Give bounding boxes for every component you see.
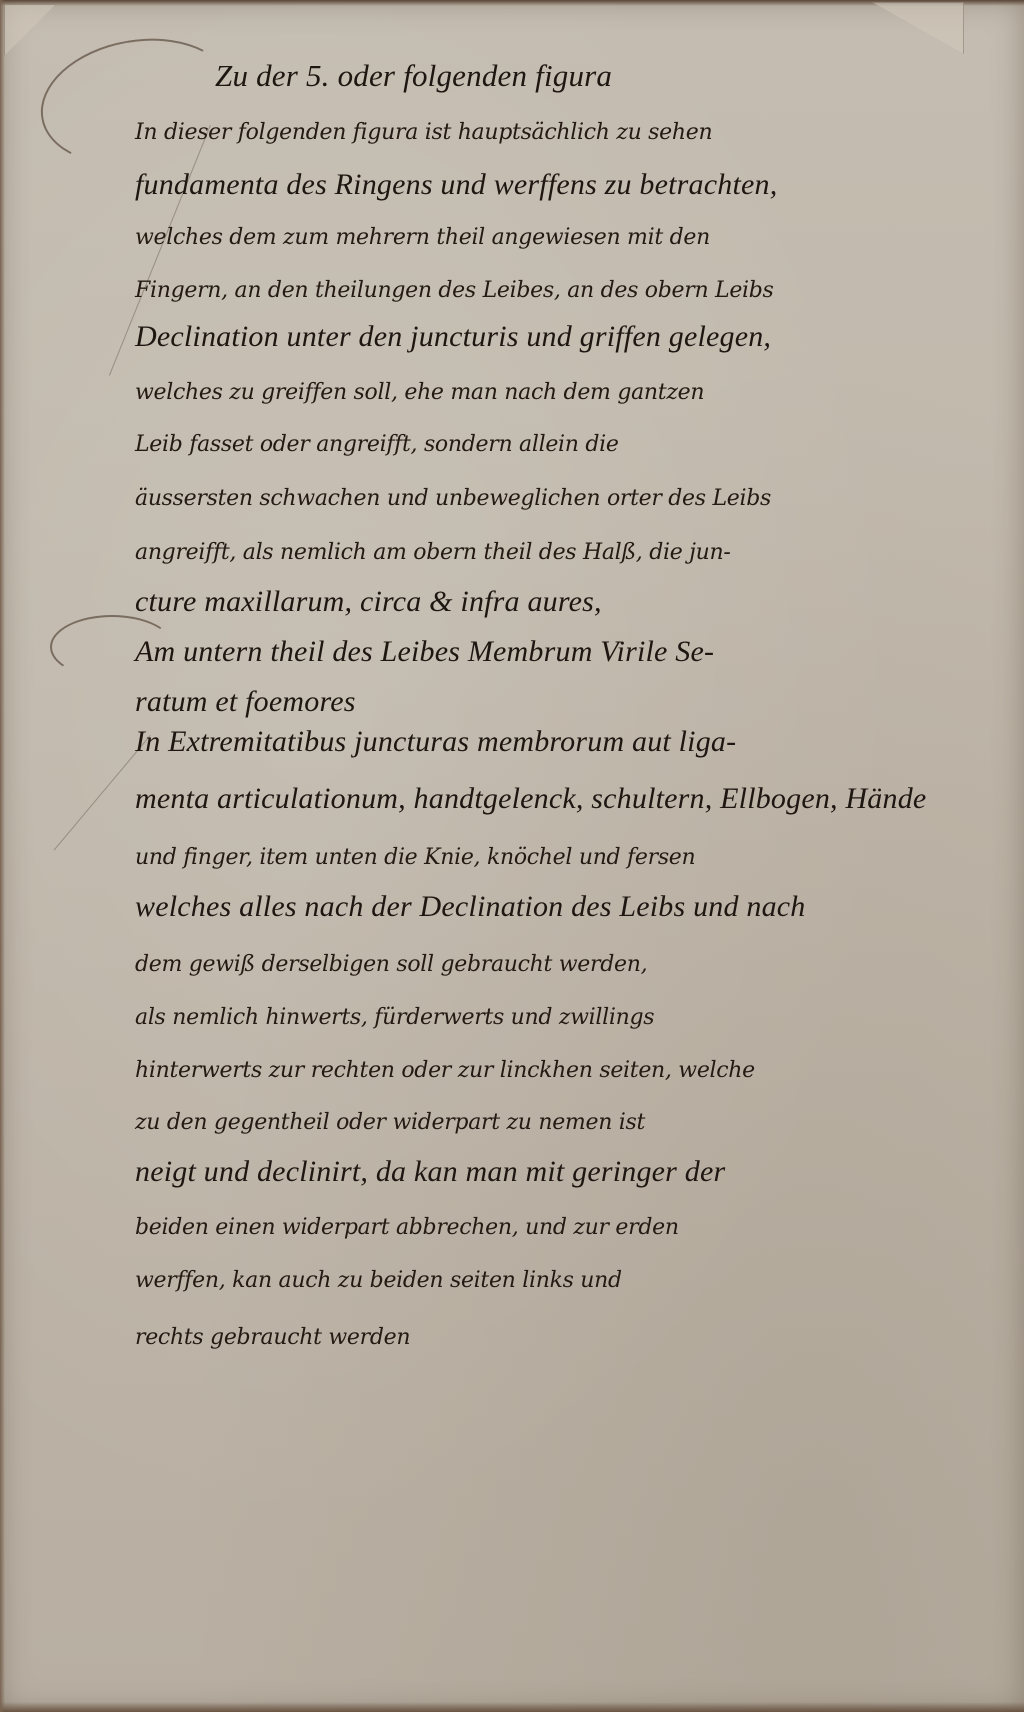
heading-line: Zu der 5. oder folgenden figura (215, 58, 612, 94)
text-line-15: und finger, item unten die Knie, knöchel… (135, 845, 695, 870)
corner-mount-top-left (4, 4, 56, 56)
text-line-6: welches zu greiffen soll, ehe man nach d… (135, 380, 704, 405)
text-line-23: werffen, kan auch zu beiden seiten links… (135, 1268, 622, 1293)
manuscript-page: Zu der 5. oder folgenden figura In diese… (0, 0, 1024, 1712)
text-line-24: rechts gebraucht werden (135, 1325, 410, 1350)
text-line-9: angreifft, als nemlich am obern theil de… (135, 540, 731, 565)
text-line-5: Declination unter den juncturis und grif… (135, 320, 771, 354)
text-line-11: Am untern theil des Leibes Membrum Viril… (135, 635, 714, 669)
text-line-21: neigt und declinirt, da kan man mit geri… (135, 1155, 725, 1189)
text-line-16: welches alles nach der Declination des L… (135, 890, 805, 924)
corner-mount-top-right (872, 2, 964, 54)
text-line-13: In Extremitatibus juncturas membrorum au… (135, 725, 736, 759)
page-left-edge (0, 0, 5, 1712)
text-line-12: ratum et foemores (135, 685, 356, 719)
text-line-17: dem gewiß derselbigen soll gebraucht wer… (135, 952, 647, 977)
text-line-4: Fingern, an den theilungen des Leibes, a… (135, 278, 774, 303)
text-line-14: menta articulationum, handtgelenck, schu… (135, 782, 926, 816)
text-line-22: beiden einen widerpart abbrechen, und zu… (135, 1215, 679, 1240)
page-bottom-edge (0, 1702, 1024, 1712)
text-line-10: cture maxillarum, circa & infra aures, (135, 585, 602, 619)
text-line-8: äussersten schwachen und unbeweglichen o… (135, 486, 771, 511)
text-line-18: als nemlich hinwerts, fürderwerts und zw… (135, 1005, 654, 1030)
page-top-edge (0, 0, 1024, 6)
initial-flourish-heading (31, 24, 244, 180)
text-line-20: zu den gegentheil oder widerpart zu neme… (135, 1110, 645, 1135)
text-line-7: Leib fasset oder angreifft, sondern alle… (135, 432, 619, 457)
text-line-1: In dieser folgenden figura ist hauptsäch… (135, 120, 712, 145)
text-line-3: welches dem zum mehrern theil angewiesen… (135, 225, 710, 250)
text-line-2: fundamenta des Ringens und werffens zu b… (135, 168, 777, 202)
text-line-19: hinterwerts zur rechten oder zur linckhe… (135, 1058, 755, 1083)
